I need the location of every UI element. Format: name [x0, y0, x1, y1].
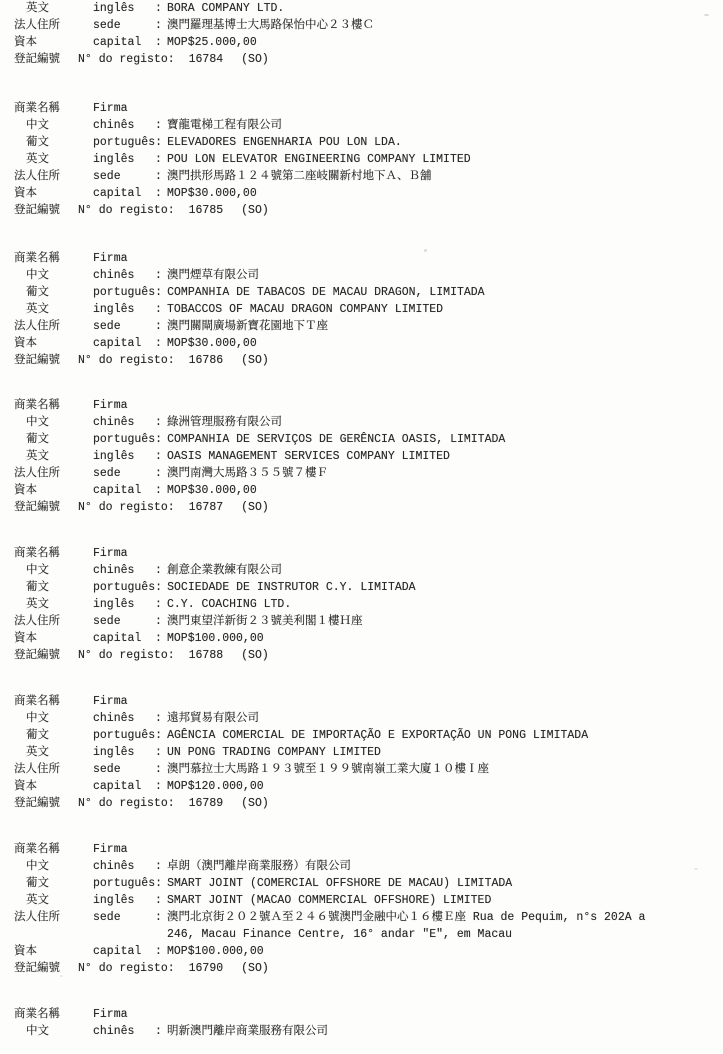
field-label-zh: 法人住所	[0, 909, 93, 926]
company-record: 商業名稱Firma中文chinês:明新澳門離岸商業服務有限公司	[0, 1006, 723, 1040]
field-value: MOP$120.000,00	[167, 778, 723, 795]
field-label-pt: Firma	[93, 693, 155, 710]
registry-row: 登記編號N° do registo:16790(SO)	[0, 960, 723, 977]
field-value-line: BORA COMPANY LTD.	[167, 0, 723, 17]
field-value: COMPANHIA DE TABACOS DE MACAU DRAGON, LI…	[167, 284, 723, 301]
field-row: 葡文português:SOCIEDADE DE INSTRUTOR C.Y. …	[0, 579, 723, 596]
registry-suffix: (SO)	[241, 960, 269, 977]
field-label-pt: português	[93, 727, 155, 744]
field-value-line: UN PONG TRADING COMPANY LIMITED	[167, 744, 723, 761]
field-row: 英文inglês:UN PONG TRADING COMPANY LIMITED	[0, 744, 723, 761]
field-value-continuation: 246, Macau Finance Centre, 16° andar "E"…	[167, 926, 723, 943]
record-header-row: 商業名稱Firma	[0, 1006, 723, 1023]
field-value: AGÊNCIA COMERCIAL DE IMPORTAÇÃO E EXPORT…	[167, 727, 723, 744]
company-record: 商業名稱Firma中文chinês:綠洲管理服務有限公司葡文português:…	[0, 397, 723, 516]
field-colon: :	[155, 778, 167, 795]
record-header-row: 商業名稱Firma	[0, 397, 723, 414]
field-value: COMPANHIA DE SERVIÇOS DE GERÊNCIA OASIS,…	[167, 431, 723, 448]
scan-speck	[424, 249, 427, 252]
registry-suffix: (SO)	[241, 202, 269, 219]
field-value: 澳門關閘廣場新寶花園地下Ｔ座	[167, 318, 723, 335]
field-label-pt: N° do registo:	[78, 647, 175, 664]
field-colon: :	[155, 482, 167, 499]
field-label-zh: 中文	[0, 562, 93, 579]
field-colon: :	[155, 710, 167, 727]
field-label-pt: sede	[93, 318, 155, 335]
field-label-zh: 法人住所	[0, 168, 93, 185]
field-label-zh: 英文	[0, 744, 93, 761]
field-value: MOP$25.000,00	[167, 34, 723, 51]
registry-suffix: (SO)	[241, 647, 269, 664]
field-value-line: 澳門拱形馬路１２４號第二座岐關新村地下Ａ、Ｂ舖	[167, 168, 723, 185]
field-label-zh: 英文	[0, 151, 93, 168]
field-value-line: TOBACCOS OF MACAU DRAGON COMPANY LIMITED	[167, 301, 723, 318]
field-value-line: SOCIEDADE DE INSTRUTOR C.Y. LIMITADA	[167, 579, 723, 596]
field-value-line: MOP$120.000,00	[167, 778, 723, 795]
company-record: 商業名稱Firma中文chinês:卓朗（澳門離岸商業服務）有限公司葡文port…	[0, 841, 723, 977]
field-colon: :	[155, 284, 167, 301]
field-label-zh: 法人住所	[0, 613, 93, 630]
field-label-pt: português	[93, 579, 155, 596]
field-value: 卓朗（澳門離岸商業服務）有限公司	[167, 858, 723, 875]
field-label-pt: sede	[93, 17, 155, 34]
field-colon: :	[155, 0, 167, 17]
field-label-pt: capital	[93, 943, 155, 960]
field-colon: :	[155, 579, 167, 596]
field-label-pt: sede	[93, 761, 155, 778]
field-value: MOP$100.000,00	[167, 943, 723, 960]
company-record: 商業名稱Firma中文chinês:寶龍電梯工程有限公司葡文português:…	[0, 100, 723, 219]
field-colon: :	[155, 318, 167, 335]
field-label-pt: capital	[93, 778, 155, 795]
field-value: SMART JOINT (MACAO COMMERCIAL OFFSHORE) …	[167, 892, 723, 909]
field-row: 葡文português:COMPANHIA DE TABACOS DE MACA…	[0, 284, 723, 301]
field-label-zh: 登記編號	[0, 795, 78, 812]
field-value: 澳門慕拉士大馬路１９３號至１９９號南嶺工業大廈１０樓Ｉ座	[167, 761, 723, 778]
field-label-pt: inglês	[93, 0, 155, 17]
field-label-zh: 葡文	[0, 284, 93, 301]
field-label-zh: 葡文	[0, 431, 93, 448]
field-row: 英文inglês:POU LON ELEVATOR ENGINEERING CO…	[0, 151, 723, 168]
field-label-pt: português	[93, 284, 155, 301]
field-colon: :	[155, 909, 167, 926]
field-value-line: 澳門羅理基博士大馬路保怡中心２３樓Ｃ	[167, 17, 723, 34]
field-label-zh: 葡文	[0, 579, 93, 596]
field-colon: :	[155, 943, 167, 960]
field-row: 法人住所sede:澳門北京街２０２號Ａ至２４６號澳門金融中心１６樓Ｅ座 Rua …	[0, 909, 723, 943]
field-label-zh: 登記編號	[0, 499, 78, 516]
field-value: 澳門拱形馬路１２４號第二座岐關新村地下Ａ、Ｂ舖	[167, 168, 723, 185]
field-value-line: 明新澳門離岸商業服務有限公司	[167, 1023, 723, 1040]
field-row: 葡文português:SMART JOINT (COMERCIAL OFFSH…	[0, 875, 723, 892]
field-label-zh: 葡文	[0, 875, 93, 892]
record-header-row: 商業名稱Firma	[0, 841, 723, 858]
registry-suffix: (SO)	[241, 499, 269, 516]
field-label-zh: 葡文	[0, 727, 93, 744]
registry-number: 16785	[189, 202, 224, 219]
field-row: 中文chinês:綠洲管理服務有限公司	[0, 414, 723, 431]
field-row: 資本capital:MOP$100.000,00	[0, 943, 723, 960]
field-row: 英文inglês:BORA COMPANY LTD.	[0, 0, 723, 17]
field-value-line: MOP$100.000,00	[167, 943, 723, 960]
gazette-page: 英文inglês:BORA COMPANY LTD.法人住所sede:澳門羅理基…	[0, 0, 723, 1054]
field-label-pt: capital	[93, 482, 155, 499]
field-colon: :	[155, 562, 167, 579]
field-value-line: 澳門慕拉士大馬路１９３號至１９９號南嶺工業大廈１０樓Ｉ座	[167, 761, 723, 778]
field-value-line: MOP$30.000,00	[167, 335, 723, 352]
field-label-pt: Firma	[93, 841, 155, 858]
field-label-zh: 資本	[0, 482, 93, 499]
field-colon: :	[155, 301, 167, 318]
field-label-zh: 中文	[0, 1023, 93, 1040]
field-value: 澳門羅理基博士大馬路保怡中心２３樓Ｃ	[167, 17, 723, 34]
field-value: OASIS MANAGEMENT SERVICES COMPANY LIMITE…	[167, 448, 723, 465]
field-label-zh: 商業名稱	[0, 545, 93, 562]
field-label-zh: 資本	[0, 185, 93, 202]
field-label-zh: 登記編號	[0, 647, 78, 664]
field-colon: :	[155, 630, 167, 647]
field-row: 法人住所sede:澳門慕拉士大馬路１９３號至１９９號南嶺工業大廈１０樓Ｉ座	[0, 761, 723, 778]
registry-row: 登記編號N° do registo:16788(SO)	[0, 647, 723, 664]
field-label-pt: português	[93, 875, 155, 892]
field-value-line: COMPANHIA DE TABACOS DE MACAU DRAGON, LI…	[167, 284, 723, 301]
field-colon: :	[155, 335, 167, 352]
field-label-pt: chinês	[93, 562, 155, 579]
field-label-zh: 葡文	[0, 134, 93, 151]
field-label-zh: 資本	[0, 630, 93, 647]
field-colon: :	[155, 117, 167, 134]
field-label-zh: 中文	[0, 117, 93, 134]
field-value-line: 卓朗（澳門離岸商業服務）有限公司	[167, 858, 723, 875]
field-label-zh: 資本	[0, 335, 93, 352]
field-value: 澳門東望洋新街２３號美利閣１樓Ｈ座	[167, 613, 723, 630]
field-value: C.Y. COACHING LTD.	[167, 596, 723, 613]
field-label-zh: 中文	[0, 858, 93, 875]
field-label-zh: 登記編號	[0, 960, 78, 977]
field-label-pt: português	[93, 134, 155, 151]
field-label-pt: capital	[93, 630, 155, 647]
field-value-line: MOP$30.000,00	[167, 482, 723, 499]
field-value: SMART JOINT (COMERCIAL OFFSHORE DE MACAU…	[167, 875, 723, 892]
field-row: 法人住所sede:澳門羅理基博士大馬路保怡中心２３樓Ｃ	[0, 17, 723, 34]
field-label-zh: 商業名稱	[0, 841, 93, 858]
field-colon: :	[155, 34, 167, 51]
field-row: 中文chinês:遠邦貿易有限公司	[0, 710, 723, 727]
field-value-line: 寶龍電梯工程有限公司	[167, 117, 723, 134]
registry-row: 登記編號N° do registo:16787(SO)	[0, 499, 723, 516]
field-label-pt: chinês	[93, 1023, 155, 1040]
field-value: MOP$30.000,00	[167, 185, 723, 202]
field-row: 中文chinês:創意企業教練有限公司	[0, 562, 723, 579]
field-value-line: SMART JOINT (COMERCIAL OFFSHORE DE MACAU…	[167, 875, 723, 892]
field-colon: :	[155, 17, 167, 34]
field-label-pt: capital	[93, 335, 155, 352]
field-label-zh: 商業名稱	[0, 250, 93, 267]
field-label-pt: N° do registo:	[78, 51, 175, 68]
field-colon: :	[155, 613, 167, 630]
field-value: 遠邦貿易有限公司	[167, 710, 723, 727]
company-record: 商業名稱Firma中文chinês:遠邦貿易有限公司葡文português:AG…	[0, 693, 723, 812]
field-label-pt: capital	[93, 34, 155, 51]
registry-suffix: (SO)	[241, 352, 269, 369]
registry-number: 16790	[189, 960, 224, 977]
field-value: UN PONG TRADING COMPANY LIMITED	[167, 744, 723, 761]
registry-row: 登記編號N° do registo:16789(SO)	[0, 795, 723, 812]
registry-suffix: (SO)	[241, 51, 269, 68]
field-colon: :	[155, 267, 167, 284]
field-value: 寶龍電梯工程有限公司	[167, 117, 723, 134]
field-label-zh: 商業名稱	[0, 693, 93, 710]
field-value-line: 澳門東望洋新街２３號美利閣１樓Ｈ座	[167, 613, 723, 630]
field-value-line: 澳門煙草有限公司	[167, 267, 723, 284]
scan-speck	[704, 14, 709, 16]
field-label-zh: 登記編號	[0, 202, 78, 219]
field-row: 資本capital:MOP$120.000,00	[0, 778, 723, 795]
field-label-pt: Firma	[93, 250, 155, 267]
field-row: 資本capital:MOP$30.000,00	[0, 185, 723, 202]
registry-row: 登記編號N° do registo:16785(SO)	[0, 202, 723, 219]
field-value: 澳門北京街２０２號Ａ至２４６號澳門金融中心１６樓Ｅ座 Rua de Pequim…	[167, 909, 723, 943]
field-label-zh: 中文	[0, 414, 93, 431]
field-label-pt: capital	[93, 185, 155, 202]
field-value: 明新澳門離岸商業服務有限公司	[167, 1023, 723, 1040]
field-colon: :	[155, 134, 167, 151]
field-label-pt: inglês	[93, 596, 155, 613]
field-row: 英文inglês:SMART JOINT (MACAO COMMERCIAL O…	[0, 892, 723, 909]
field-label-pt: Firma	[93, 100, 155, 117]
field-label-zh: 登記編號	[0, 51, 78, 68]
field-colon: :	[155, 414, 167, 431]
field-label-pt: sede	[93, 909, 155, 926]
scan-speck	[60, 975, 63, 977]
field-label-zh: 法人住所	[0, 17, 93, 34]
field-colon: :	[155, 448, 167, 465]
field-value: TOBACCOS OF MACAU DRAGON COMPANY LIMITED	[167, 301, 723, 318]
field-colon: :	[155, 465, 167, 482]
field-row: 英文inglês:C.Y. COACHING LTD.	[0, 596, 723, 613]
registry-number: 16789	[189, 795, 224, 812]
field-label-pt: chinês	[93, 117, 155, 134]
field-value: MOP$100.000,00	[167, 630, 723, 647]
field-value-line: 澳門北京街２０２號Ａ至２４６號澳門金融中心１６樓Ｅ座 Rua de Pequim…	[167, 909, 723, 926]
record-header-row: 商業名稱Firma	[0, 100, 723, 117]
field-value: MOP$30.000,00	[167, 482, 723, 499]
field-value-line: ELEVADORES ENGENHARIA POU LON LDA.	[167, 134, 723, 151]
company-record: 商業名稱Firma中文chinês:澳門煙草有限公司葡文português:CO…	[0, 250, 723, 369]
field-label-zh: 英文	[0, 596, 93, 613]
field-label-pt: N° do registo:	[78, 352, 175, 369]
field-colon: :	[155, 875, 167, 892]
field-label-pt: Firma	[93, 397, 155, 414]
record-header-row: 商業名稱Firma	[0, 250, 723, 267]
record-header-row: 商業名稱Firma	[0, 545, 723, 562]
field-label-pt: chinês	[93, 414, 155, 431]
field-value: ELEVADORES ENGENHARIA POU LON LDA.	[167, 134, 723, 151]
field-label-pt: sede	[93, 465, 155, 482]
field-value-line: 創意企業教練有限公司	[167, 562, 723, 579]
field-row: 英文inglês:OASIS MANAGEMENT SERVICES COMPA…	[0, 448, 723, 465]
field-value-line: 澳門關閘廣場新寶花園地下Ｔ座	[167, 318, 723, 335]
field-label-pt: Firma	[93, 1006, 155, 1023]
field-row: 中文chinês:明新澳門離岸商業服務有限公司	[0, 1023, 723, 1040]
company-record: 商業名稱Firma中文chinês:創意企業教練有限公司葡文português:…	[0, 545, 723, 664]
field-value-line: POU LON ELEVATOR ENGINEERING COMPANY LIM…	[167, 151, 723, 168]
field-value: 綠洲管理服務有限公司	[167, 414, 723, 431]
field-row: 法人住所sede:澳門南灣大馬路３５５號７樓Ｆ	[0, 465, 723, 482]
field-value-line: 遠邦貿易有限公司	[167, 710, 723, 727]
field-value-line: MOP$100.000,00	[167, 630, 723, 647]
field-value: MOP$30.000,00	[167, 335, 723, 352]
field-colon: :	[155, 761, 167, 778]
field-row: 葡文português:COMPANHIA DE SERVIÇOS DE GER…	[0, 431, 723, 448]
field-label-zh: 資本	[0, 34, 93, 51]
registry-number: 16784	[189, 51, 224, 68]
field-label-zh: 資本	[0, 778, 93, 795]
field-label-pt: inglês	[93, 892, 155, 909]
field-value-line: OASIS MANAGEMENT SERVICES COMPANY LIMITE…	[167, 448, 723, 465]
field-value-line: MOP$25.000,00	[167, 34, 723, 51]
field-label-pt: português	[93, 431, 155, 448]
field-colon: :	[155, 168, 167, 185]
field-row: 資本capital:MOP$100.000,00	[0, 630, 723, 647]
field-value: SOCIEDADE DE INSTRUTOR C.Y. LIMITADA	[167, 579, 723, 596]
scan-speck	[694, 868, 698, 870]
field-value-line: C.Y. COACHING LTD.	[167, 596, 723, 613]
field-colon: :	[155, 431, 167, 448]
field-value-line: SMART JOINT (MACAO COMMERCIAL OFFSHORE) …	[167, 892, 723, 909]
field-label-pt: N° do registo:	[78, 960, 175, 977]
field-label-pt: N° do registo:	[78, 202, 175, 219]
field-colon: :	[155, 1023, 167, 1040]
field-row: 法人住所sede:澳門東望洋新街２３號美利閣１樓Ｈ座	[0, 613, 723, 630]
field-value-line: COMPANHIA DE SERVIÇOS DE GERÊNCIA OASIS,…	[167, 431, 723, 448]
field-row: 資本capital:MOP$25.000,00	[0, 34, 723, 51]
field-value: 澳門南灣大馬路３５５號７樓Ｆ	[167, 465, 723, 482]
registry-number: 16787	[189, 499, 224, 516]
field-row: 中文chinês:卓朗（澳門離岸商業服務）有限公司	[0, 858, 723, 875]
field-value: BORA COMPANY LTD.	[167, 0, 723, 17]
field-row: 法人住所sede:澳門關閘廣場新寶花園地下Ｔ座	[0, 318, 723, 335]
field-label-zh: 英文	[0, 892, 93, 909]
field-label-pt: inglês	[93, 744, 155, 761]
field-row: 資本capital:MOP$30.000,00	[0, 335, 723, 352]
field-row: 英文inglês:TOBACCOS OF MACAU DRAGON COMPAN…	[0, 301, 723, 318]
registry-row: 登記編號N° do registo:16786(SO)	[0, 352, 723, 369]
field-label-zh: 法人住所	[0, 318, 93, 335]
field-label-zh: 中文	[0, 267, 93, 284]
field-row: 葡文português:AGÊNCIA COMERCIAL DE IMPORTA…	[0, 727, 723, 744]
field-label-pt: inglês	[93, 301, 155, 318]
company-record: 英文inglês:BORA COMPANY LTD.法人住所sede:澳門羅理基…	[0, 0, 723, 68]
field-value: POU LON ELEVATOR ENGINEERING COMPANY LIM…	[167, 151, 723, 168]
field-value: 創意企業教練有限公司	[167, 562, 723, 579]
field-row: 資本capital:MOP$30.000,00	[0, 482, 723, 499]
field-colon: :	[155, 185, 167, 202]
field-label-zh: 法人住所	[0, 465, 93, 482]
field-colon: :	[155, 151, 167, 168]
field-label-zh: 英文	[0, 448, 93, 465]
field-colon: :	[155, 858, 167, 875]
field-row: 中文chinês:澳門煙草有限公司	[0, 267, 723, 284]
field-label-zh: 資本	[0, 943, 93, 960]
field-row: 法人住所sede:澳門拱形馬路１２４號第二座岐關新村地下Ａ、Ｂ舖	[0, 168, 723, 185]
field-label-zh: 中文	[0, 710, 93, 727]
field-label-pt: sede	[93, 613, 155, 630]
field-label-zh: 登記編號	[0, 352, 78, 369]
field-colon: :	[155, 727, 167, 744]
field-label-pt: chinês	[93, 267, 155, 284]
field-colon: :	[155, 596, 167, 613]
field-label-pt: N° do registo:	[78, 795, 175, 812]
field-label-pt: N° do registo:	[78, 499, 175, 516]
field-label-pt: Firma	[93, 545, 155, 562]
field-label-zh: 法人住所	[0, 761, 93, 778]
registry-row: 登記編號N° do registo:16784(SO)	[0, 51, 723, 68]
field-row: 中文chinês:寶龍電梯工程有限公司	[0, 117, 723, 134]
field-colon: :	[155, 744, 167, 761]
field-label-pt: inglês	[93, 151, 155, 168]
record-header-row: 商業名稱Firma	[0, 693, 723, 710]
field-label-zh: 商業名稱	[0, 1006, 93, 1023]
field-value-line: 澳門南灣大馬路３５５號７樓Ｆ	[167, 465, 723, 482]
field-value: 澳門煙草有限公司	[167, 267, 723, 284]
field-value-line: 綠洲管理服務有限公司	[167, 414, 723, 431]
field-row: 葡文português:ELEVADORES ENGENHARIA POU LO…	[0, 134, 723, 151]
field-label-zh: 商業名稱	[0, 397, 93, 414]
registry-suffix: (SO)	[241, 795, 269, 812]
field-label-pt: sede	[93, 168, 155, 185]
field-colon: :	[155, 892, 167, 909]
field-label-zh: 英文	[0, 0, 93, 17]
registry-number: 16786	[189, 352, 224, 369]
field-label-zh: 英文	[0, 301, 93, 318]
registry-number: 16788	[189, 647, 224, 664]
field-label-pt: chinês	[93, 710, 155, 727]
field-value-line: MOP$30.000,00	[167, 185, 723, 202]
field-label-zh: 商業名稱	[0, 100, 93, 117]
field-label-pt: inglês	[93, 448, 155, 465]
field-value-line: AGÊNCIA COMERCIAL DE IMPORTAÇÃO E EXPORT…	[167, 727, 723, 744]
field-label-pt: chinês	[93, 858, 155, 875]
